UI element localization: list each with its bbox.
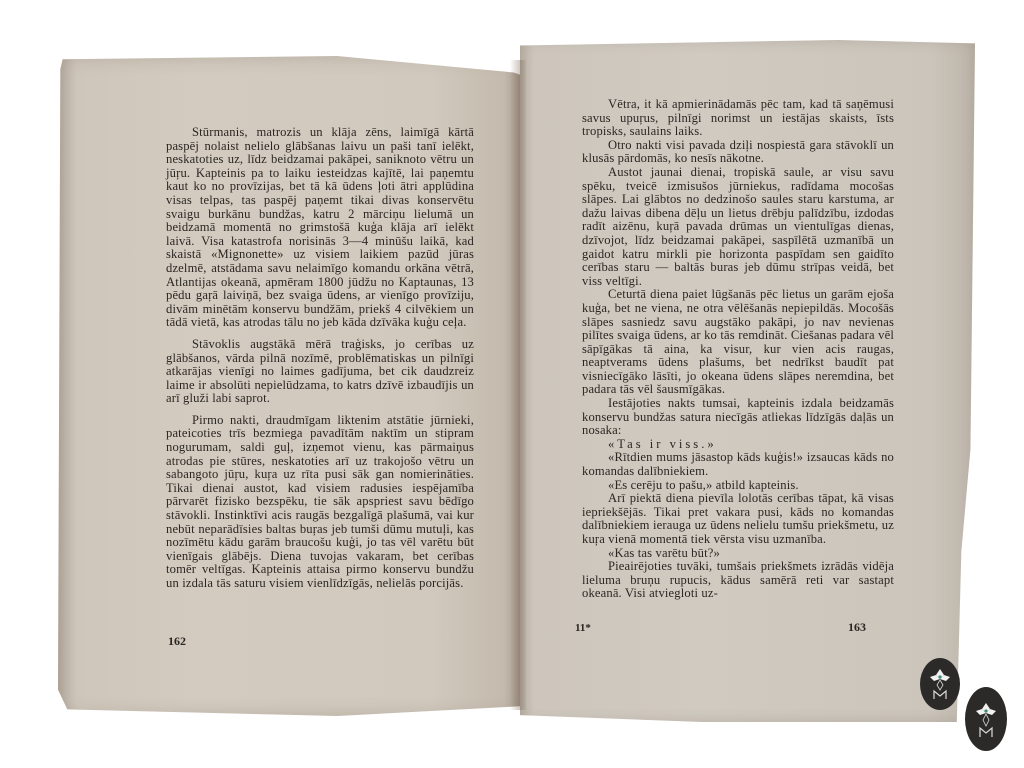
paragraph: Vētra, it kā apmierinādamās pēc tam, kad… [582, 98, 894, 139]
paragraph: Otro nakti visi pavada dziļi nospiestā g… [582, 139, 894, 166]
paragraph: Ceturtā diena paiet lūgšanās pēc lietus … [582, 288, 894, 397]
left-page: Stūrmanis, matrozis un klāja zēns, laimī… [58, 56, 523, 716]
paragraph: Iestājoties nakts tumsai, kapteinis izda… [582, 397, 894, 438]
right-page-text: Vētra, it kā apmierinādamās pēc tam, kad… [582, 98, 894, 601]
paragraph: Pirmo nakti, draudmīgam liktenim atstāti… [166, 414, 474, 591]
paragraph: Pieairējoties tuvāki, tumšais priekšmets… [582, 560, 894, 601]
dialogue-line: «Kas tas varētu būt?» [582, 547, 894, 561]
signature-mark: 11* [575, 622, 591, 634]
monogram-badge-icon [920, 658, 960, 710]
page-number: 163 [848, 620, 866, 635]
paragraph: Stāvoklis augstākā mērā traģisks, jo cer… [166, 338, 474, 406]
open-book: Stūrmanis, matrozis un klāja zēns, laimī… [0, 0, 1024, 768]
left-page-text: Stūrmanis, matrozis un klāja zēns, laimī… [166, 126, 474, 591]
dialogue-line: «Tas ir viss.» [582, 438, 894, 452]
paragraph: Arī piektā diena pievīla lolotās cerības… [582, 492, 894, 546]
dialogue-line: «Es cerēju to pašu,» atbild kapteinis. [582, 479, 894, 493]
right-page: Vētra, it kā apmierinādamās pēc tam, kad… [520, 40, 975, 722]
dialogue-line: «Rītdien mums jāsastop kāds kuģis!» izsa… [582, 451, 894, 478]
page-number: 162 [168, 634, 186, 649]
monogram-badge-icon [965, 687, 1007, 751]
paragraph: Austot jaunai dienai, tropiskā saule, ar… [582, 166, 894, 288]
paragraph: Stūrmanis, matrozis un klāja zēns, laimī… [166, 126, 474, 330]
book-gutter [510, 60, 526, 710]
